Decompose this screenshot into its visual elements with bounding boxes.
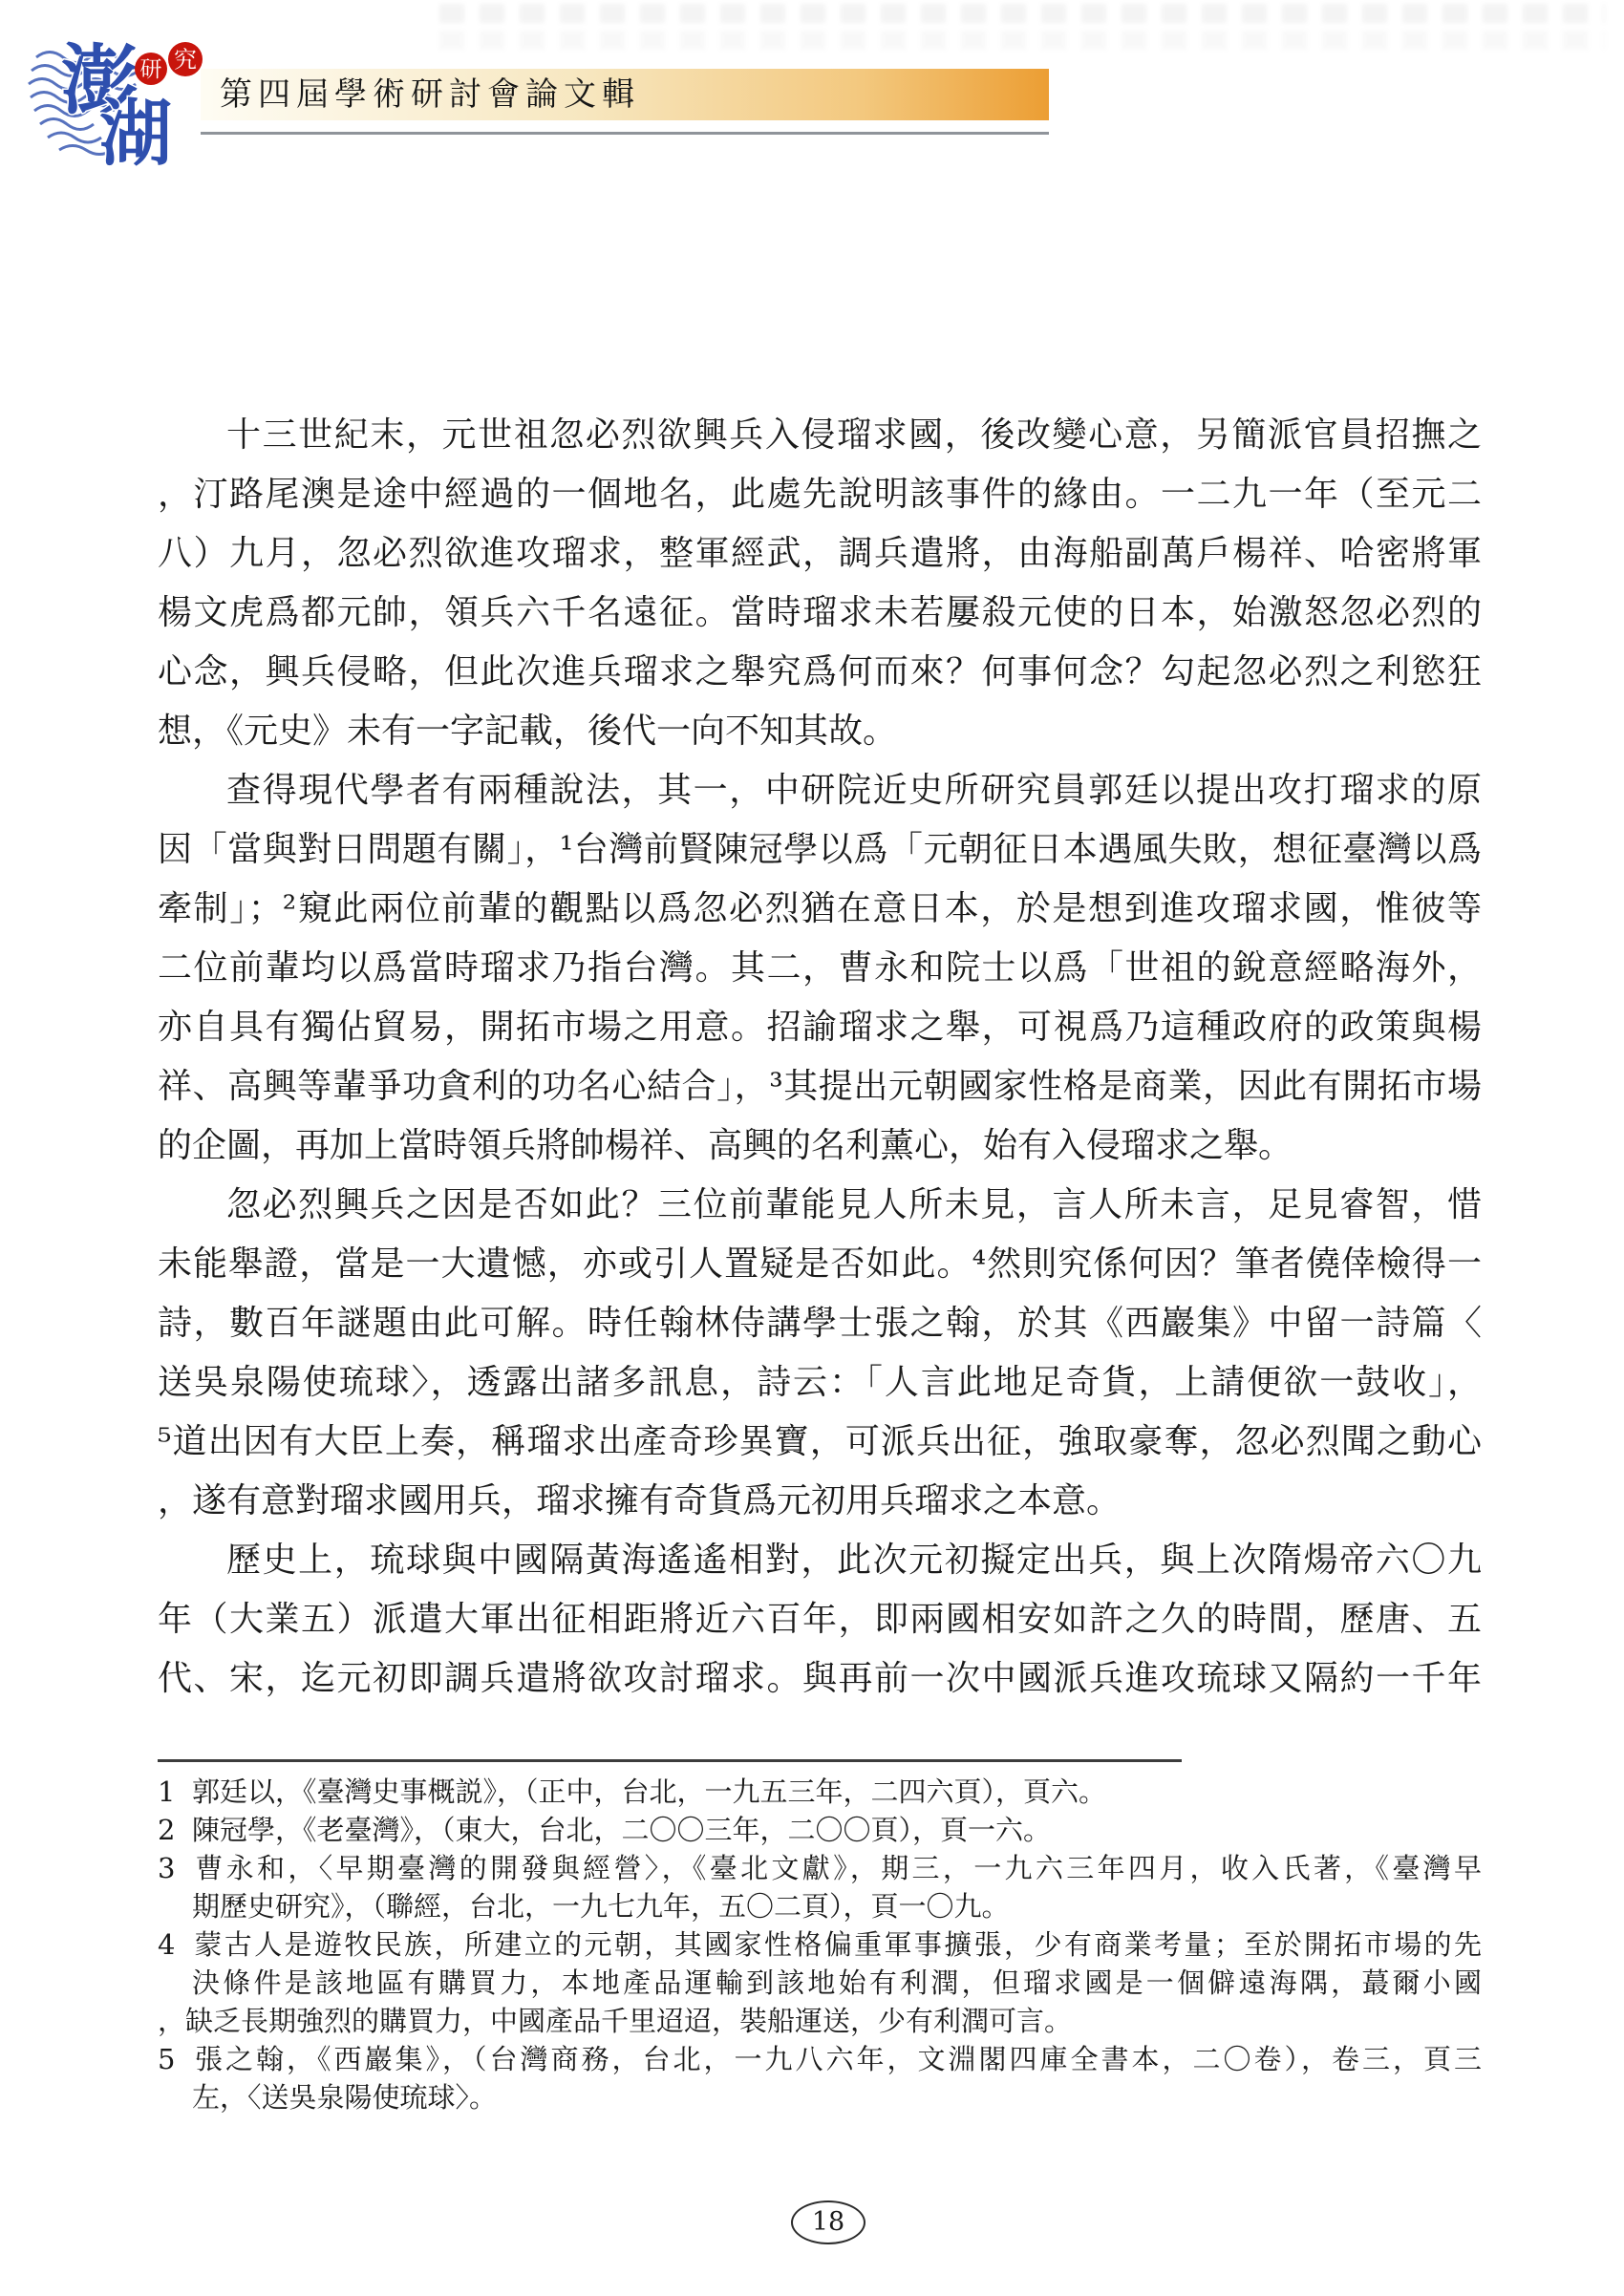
- text-line: 詩，數百年謎題由此可解。時任翰林侍講學士張之翰，於其《西巖集》中留一詩篇〈: [158, 1294, 1482, 1353]
- footnote-item: 4蒙古人是遊牧民族，所建立的元朝，其國家性格偏重軍事擴張，少有商業考量；至於開拓…: [158, 1925, 1482, 2040]
- text-line: 查得現代學者有兩種說法，其一，中研院近史所研究員郭廷以提出攻打瑠求的原: [158, 761, 1482, 820]
- penghu-research-logo: 澎 湖 研 究: [27, 10, 208, 167]
- footnote-item: 3曹永和，〈早期臺灣的開發與經營〉，《臺北文獻》，期三，一九六三年四月，收入氏著…: [158, 1849, 1482, 1925]
- text-line: 因「當與對日問題有關」，¹台灣前賢陳冠學以爲「元朝征日本遇風失敗，想征臺灣以爲: [158, 820, 1482, 880]
- text-line: 二位前輩均以爲當時瑠求乃指台灣。其二，曹永和院士以爲「世祖的銳意經略海外，: [158, 939, 1482, 998]
- footnote-number: 2: [158, 1811, 192, 1849]
- text-line: 未能舉證，當是一大遺憾，亦或引人置疑是否如此。⁴然則究係何因？筆者僥倖檢得一: [158, 1235, 1482, 1294]
- footnote-line: 1郭廷以，《臺灣史事概説》，（正中，台北，一九五三年，二四六頁），頁六。: [158, 1773, 1482, 1811]
- header-rule: [201, 132, 1049, 135]
- footnotes: 1郭廷以，《臺灣史事概説》，（正中，台北，一九五三年，二四六頁），頁六。2陳冠學…: [158, 1773, 1482, 2116]
- footnote-line: 3曹永和，〈早期臺灣的開發與經營〉，《臺北文獻》，期三，一九六三年四月，收入氏著…: [158, 1849, 1482, 1887]
- footnote-line: 2陳冠學，《老臺灣》，（東大，台北，二〇〇三年，二〇〇頁），頁一六。: [158, 1811, 1482, 1849]
- footnote-line: 期歷史研究》，（聯經，台北，一九七九年，五〇二頁），頁一〇九。: [158, 1887, 1482, 1925]
- text-line: 亦自具有獨佔貿易，開拓市場之用意。招諭瑠求之舉，可視爲乃這種政府的政策與楊: [158, 998, 1482, 1057]
- body-text: 十三世紀末，元世祖忽必烈欲興兵入侵瑠求國，後改變心意，另簡派官員招撫之，汀路尾澳…: [158, 406, 1482, 1709]
- text-line: 楊文虎爲都元帥，領兵六千名遠征。當時瑠求未若屢殺元使的日本，始激怒忽必烈的: [158, 584, 1482, 643]
- conference-banner: 第四屆學術研討會論文輯: [201, 69, 1049, 120]
- badge-text-yan: 研: [140, 57, 162, 82]
- text-line: 牽制」；²窺此兩位前輩的觀點以爲忽必烈猶在意日本，於是想到進攻瑠求國，惟彼等: [158, 880, 1482, 939]
- footnote-text: 曹永和，〈早期臺灣的開發與經營〉，《臺北文獻》，期三，一九六三年四月，收入氏著，…: [192, 1852, 1482, 1884]
- text-line: 十三世紀末，元世祖忽必烈欲興兵入侵瑠求國，後改變心意，另簡派官員招撫之: [158, 406, 1482, 465]
- text-line: ，遂有意對瑠求國用兵，瑠求擁有奇貨爲元初用兵瑠求之本意。: [158, 1472, 1482, 1531]
- text-line: 年（大業五）派遣大軍出征相距將近六百年，即兩國相安如許之久的時間，歷唐、五: [158, 1590, 1482, 1649]
- footnote-number: 3: [158, 1849, 192, 1887]
- footnote-separator: [158, 1759, 1182, 1762]
- text-line: 忽必烈興兵之因是否如此？三位前輩能見人所未見，言人所未言，足見睿智，惜: [158, 1176, 1482, 1235]
- logo-char-hu: 湖: [99, 91, 172, 167]
- footnote-text: 郭廷以，《臺灣史事概説》，（正中，台北，一九五三年，二四六頁），頁六。: [192, 1775, 1106, 1808]
- paragraph: 查得現代學者有兩種說法，其一，中研院近史所研究員郭廷以提出攻打瑠求的原因「當與對…: [158, 761, 1482, 1176]
- footnote-text: 蒙古人是遊牧民族，所建立的元朝，其國家性格偏重軍事擴張，少有商業考量；至於開拓市…: [192, 1928, 1482, 1961]
- footnote-item: 2陳冠學，《老臺灣》，（東大，台北，二〇〇三年，二〇〇頁），頁一六。: [158, 1811, 1482, 1849]
- text-line: 祥、高興等輩爭功貪利的功名心結合」，³其提出元朝國家性格是商業，因此有開拓市場: [158, 1057, 1482, 1116]
- footnote-line: 5張之翰，《西巖集》，（台灣商務，台北，一九八六年，文淵閣四庫全書本，二〇卷），…: [158, 2040, 1482, 2078]
- paragraph: 忽必烈興兵之因是否如此？三位前輩能見人所未見，言人所未言，足見睿智，惜未能舉證，…: [158, 1176, 1482, 1531]
- text-line: 的企圖，再加上當時領兵將帥楊祥、高興的名利薰心，始有入侵瑠求之舉。: [158, 1116, 1482, 1176]
- text-line: 歷史上，琉球與中國隔黃海遙遙相對，此次元初擬定出兵，與上次隋煬帝六〇九: [158, 1531, 1482, 1590]
- text-line: 代、宋，迄元初即調兵遣將欲攻討瑠求。與再前一次中國派兵進攻琉球又隔約一千年: [158, 1649, 1482, 1709]
- footnote-text: 陳冠學，《老臺灣》，（東大，台北，二〇〇三年，二〇〇頁），頁一六。: [192, 1814, 1051, 1846]
- text-line: 八）九月，忽必烈欲進攻瑠求，整軍經武，調兵遣將，由海船副萬戶楊祥、哈密將軍: [158, 524, 1482, 584]
- paragraph: 十三世紀末，元世祖忽必烈欲興兵入侵瑠求國，後改變心意，另簡派官員招撫之，汀路尾澳…: [158, 406, 1482, 761]
- text-line: ，汀路尾澳是途中經過的一個地名，此處先說明該事件的緣由。一二九一年（至元二: [158, 465, 1482, 524]
- paragraph: 歷史上，琉球與中國隔黃海遙遙相對，此次元初擬定出兵，與上次隋煬帝六〇九年（大業五…: [158, 1531, 1482, 1709]
- footnote-line: ，缺乏長期強烈的購買力，中國產品千里迢迢，裝船運送，少有利潤可言。: [158, 2002, 1482, 2040]
- banner-title: 第四屆學術研討會論文輯: [220, 69, 640, 120]
- scan-bleed-artifact: [439, 4, 1605, 23]
- footnote-line: 4蒙古人是遊牧民族，所建立的元朝，其國家性格偏重軍事擴張，少有商業考量；至於開拓…: [158, 1925, 1482, 1964]
- footnote-item: 5張之翰，《西巖集》，（台灣商務，台北，一九八六年，文淵閣四庫全書本，二〇卷），…: [158, 2040, 1482, 2116]
- footnote-text: 張之翰，《西巖集》，（台灣商務，台北，一九八六年，文淵閣四庫全書本，二〇卷），卷…: [192, 2043, 1482, 2075]
- text-line: 心念，興兵侵略，但此次進兵瑠求之舉究爲何而來？何事何念？勾起忽必烈之利慾狂: [158, 643, 1482, 702]
- page-number-badge: 18: [791, 2200, 865, 2244]
- page: { "page": { "number": "18" }, "header": …: [0, 0, 1624, 2296]
- badge-text-jiu: 究: [174, 47, 197, 74]
- footnote-item: 1郭廷以，《臺灣史事概説》，（正中，台北，一九五三年，二四六頁），頁六。: [158, 1773, 1482, 1811]
- text-line: ⁵道出因有大臣上奏，稱瑠求出產奇珍異寶，可派兵出征，強取豪奪，忽必烈聞之動心: [158, 1413, 1482, 1472]
- footnote-number: 4: [158, 1925, 192, 1964]
- footnote-number: 1: [158, 1773, 192, 1811]
- scan-bleed-artifact: [439, 31, 1605, 50]
- text-line: 想，《元史》未有一字記載，後代一向不知其故。: [158, 702, 1482, 761]
- footnote-line: 決條件是該地區有購買力，本地產品運輸到該地始有利潤，但瑠求國是一個僻遠海隅，蕞爾…: [158, 1964, 1482, 2002]
- logo-graphic: 澎 湖 研 究: [27, 10, 208, 167]
- text-line: 送吳泉陽使琉球〉，透露出諸多訊息，詩云：「人言此地足奇貨，上請便欲一鼓收」，: [158, 1353, 1482, 1413]
- footnote-number: 5: [158, 2040, 192, 2078]
- footnote-line: 左，〈送吳泉陽使琉球〉。: [158, 2078, 1482, 2116]
